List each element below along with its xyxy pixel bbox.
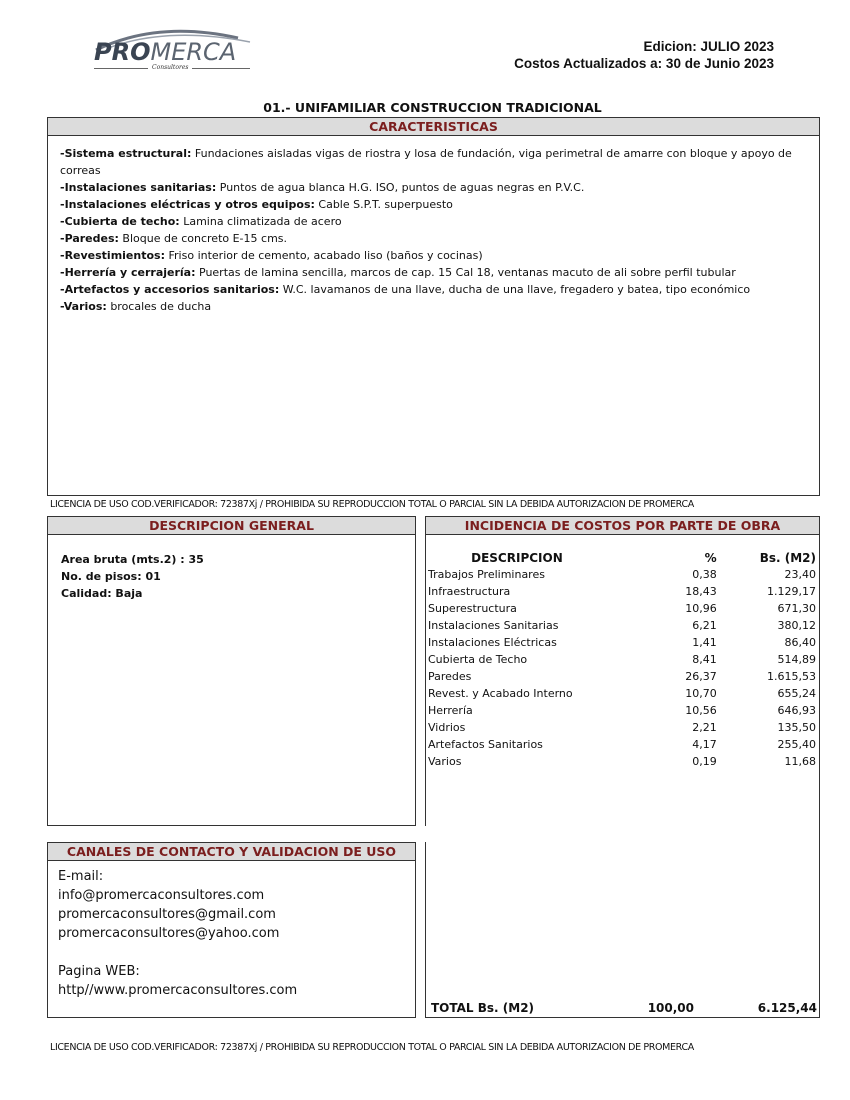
total-percent: 100,00 [636,1001,694,1015]
email-gmail[interactable]: promercaconsultores@gmail.com [58,905,405,924]
logo-divider [94,68,148,69]
email-label: E-mail: [58,867,405,886]
cell-percent: 6,21 [666,617,717,634]
caracteristicas-header: CARACTERISTICAS [48,118,819,136]
column-header-percent: % [666,549,717,566]
incidencia-costos-section: INCIDENCIA DE COSTOS POR PARTE DE OBRA D… [425,516,820,1018]
area-bruta: Area bruta (mts.2) : 35 [61,551,402,568]
table-row: Artefactos Sanitarios4,17255,40 [428,736,818,753]
cell-descripcion: Paredes [428,668,666,685]
cell-bs: 255,40 [717,736,818,753]
cell-percent: 10,96 [666,600,717,617]
cell-percent: 10,70 [666,685,717,702]
cell-percent: 26,37 [666,668,717,685]
cell-descripcion: Instalaciones Sanitarias [428,617,666,634]
column-header-bs: Bs. (M2) [717,549,818,566]
caracteristica-value: W.C. lavamanos de una llave, ducha de un… [283,283,750,296]
cell-bs: 646,93 [717,702,818,719]
cell-bs: 380,12 [717,617,818,634]
promerca-logo: PROMERCA Consultores [88,24,258,76]
cell-descripcion: Revest. y Acabado Interno [428,685,666,702]
cell-percent: 10,56 [666,702,717,719]
table-row: Revest. y Acabado Interno10,70655,24 [428,685,818,702]
incidencia-header: INCIDENCIA DE COSTOS POR PARTE DE OBRA [426,517,819,535]
contacto-header: CANALES DE CONTACTO Y VALIDACION DE USO [48,843,415,861]
caracteristica-item: -Cubierta de techo: Lamina climatizada d… [60,213,807,230]
caracteristica-key: -Varios: [60,300,107,313]
contacto-body: E-mail: info@promercaconsultores.com pro… [48,861,415,1006]
cell-descripcion: Varios [428,753,666,770]
caracteristica-value: Friso interior de cemento, acabado liso … [169,249,483,262]
cell-bs: 671,30 [717,600,818,617]
table-row: Infraestructura18,431.129,17 [428,583,818,600]
cell-bs: 514,89 [717,651,818,668]
caracteristica-key: -Cubierta de techo: [60,215,180,228]
contacto-section: CANALES DE CONTACTO Y VALIDACION DE USO … [47,842,416,1018]
email-yahoo[interactable]: promercaconsultores@yahoo.com [58,924,405,943]
cell-bs: 11,68 [717,753,818,770]
cell-descripcion: Herrería [428,702,666,719]
table-row: Trabajos Preliminares0,3823,40 [428,566,818,583]
caracteristica-item: -Revestimientos: Friso interior de cemen… [60,247,807,264]
edition-info: Edicion: JULIO 2023 Costos Actualizados … [514,38,774,72]
cell-percent: 8,41 [666,651,717,668]
caracteristica-item: -Artefactos y accesorios sanitarios: W.C… [60,281,807,298]
incidencia-table: DESCRIPCION % Bs. (M2) Trabajos Prelimin… [428,549,818,770]
caracteristica-key: -Herrería y cerrajería: [60,266,196,279]
caracteristica-key: -Instalaciones sanitarias: [60,181,216,194]
cell-percent: 2,21 [666,719,717,736]
caracteristica-key: -Artefactos y accesorios sanitarios: [60,283,279,296]
table-row: Paredes26,371.615,53 [428,668,818,685]
column-header-descripcion: DESCRIPCION [428,549,666,566]
caracteristica-item: -Paredes: Bloque de concreto E-15 cms. [60,230,807,247]
cell-bs: 86,40 [717,634,818,651]
logo-tagline: Consultores [152,64,188,71]
table-header-row: DESCRIPCION % Bs. (M2) [428,549,818,566]
license-notice-footer: LICENCIA DE USO COD.VERIFICADOR: 72387Xj… [50,1042,694,1053]
table-row: Herrería10,56646,93 [428,702,818,719]
caracteristica-item: -Herrería y cerrajería: Puertas de lamin… [60,264,807,281]
web-link[interactable]: http//www.promercaconsultores.com [58,981,405,1000]
total-bs: 6.125,44 [694,1001,817,1015]
cell-bs: 1.129,17 [717,583,818,600]
cell-percent: 0,38 [666,566,717,583]
logo-brand-bold: PRO [94,38,150,66]
cell-descripcion: Instalaciones Eléctricas [428,634,666,651]
section-gap [423,826,428,842]
caracteristica-key: -Instalaciones eléctricas y otros equipo… [60,198,315,211]
cell-descripcion: Cubierta de Techo [428,651,666,668]
costs-updated-label: Costos Actualizados a: 30 de Junio 2023 [514,55,774,72]
cell-bs: 135,50 [717,719,818,736]
logo-divider [192,68,250,69]
table-row: Varios0,1911,68 [428,753,818,770]
total-row: TOTAL Bs. (M2) 100,00 6.125,44 [431,1001,817,1015]
cell-descripcion: Infraestructura [428,583,666,600]
caracteristicas-section: CARACTERISTICAS -Sistema estructural: Fu… [47,117,820,496]
caracteristica-item: -Sistema estructural: Fundaciones aislad… [60,145,807,179]
total-label: TOTAL Bs. (M2) [431,1001,636,1015]
cell-percent: 18,43 [666,583,717,600]
edition-label: Edicion: JULIO 2023 [514,38,774,55]
web-label: Pagina WEB: [58,962,405,981]
cell-descripcion: Trabajos Preliminares [428,566,666,583]
caracteristica-value: brocales de ducha [110,300,211,313]
table-row: Cubierta de Techo8,41514,89 [428,651,818,668]
cell-bs: 23,40 [717,566,818,583]
cell-bs: 1.615,53 [717,668,818,685]
caracteristica-key: -Paredes: [60,232,119,245]
descripcion-general-header: DESCRIPCION GENERAL [48,517,415,535]
caracteristica-value: Bloque de concreto E-15 cms. [122,232,287,245]
cell-descripcion: Artefactos Sanitarios [428,736,666,753]
caracteristicas-list: -Sistema estructural: Fundaciones aislad… [48,136,819,324]
cell-percent: 1,41 [666,634,717,651]
table-row: Vidrios2,21135,50 [428,719,818,736]
document-title: 01.- UNIFAMILIAR CONSTRUCCION TRADICIONA… [0,100,850,115]
license-notice: LICENCIA DE USO COD.VERIFICADOR: 72387Xj… [50,499,694,510]
spacer [58,943,405,962]
caracteristica-key: -Sistema estructural: [60,147,191,160]
caracteristica-value: Puertas de lamina sencilla, marcos de ca… [199,266,736,279]
caracteristica-key: -Revestimientos: [60,249,165,262]
calidad: Calidad: Baja [61,585,402,602]
caracteristica-value: Lamina climatizada de acero [183,215,341,228]
numero-pisos: No. de pisos: 01 [61,568,402,585]
table-row: Superestructura10,96671,30 [428,600,818,617]
cell-percent: 4,17 [666,736,717,753]
table-row: Instalaciones Eléctricas1,4186,40 [428,634,818,651]
descripcion-general-body: Area bruta (mts.2) : 35 No. de pisos: 01… [48,535,415,618]
descripcion-general-section: DESCRIPCION GENERAL Area bruta (mts.2) :… [47,516,416,826]
cell-percent: 0,19 [666,753,717,770]
logo-brand-rest: MERCA [150,38,236,66]
caracteristica-item: -Instalaciones eléctricas y otros equipo… [60,196,807,213]
cell-descripcion: Vidrios [428,719,666,736]
caracteristica-value: Puntos de agua blanca H.G. ISO, puntos d… [220,181,585,194]
caracteristica-item: -Varios: brocales de ducha [60,298,807,315]
caracteristica-item: -Instalaciones sanitarias: Puntos de agu… [60,179,807,196]
caracteristica-value: Cable S.P.T. superpuesto [318,198,453,211]
cell-bs: 655,24 [717,685,818,702]
email-info[interactable]: info@promercaconsultores.com [58,886,405,905]
table-row: Instalaciones Sanitarias6,21380,12 [428,617,818,634]
cell-descripcion: Superestructura [428,600,666,617]
